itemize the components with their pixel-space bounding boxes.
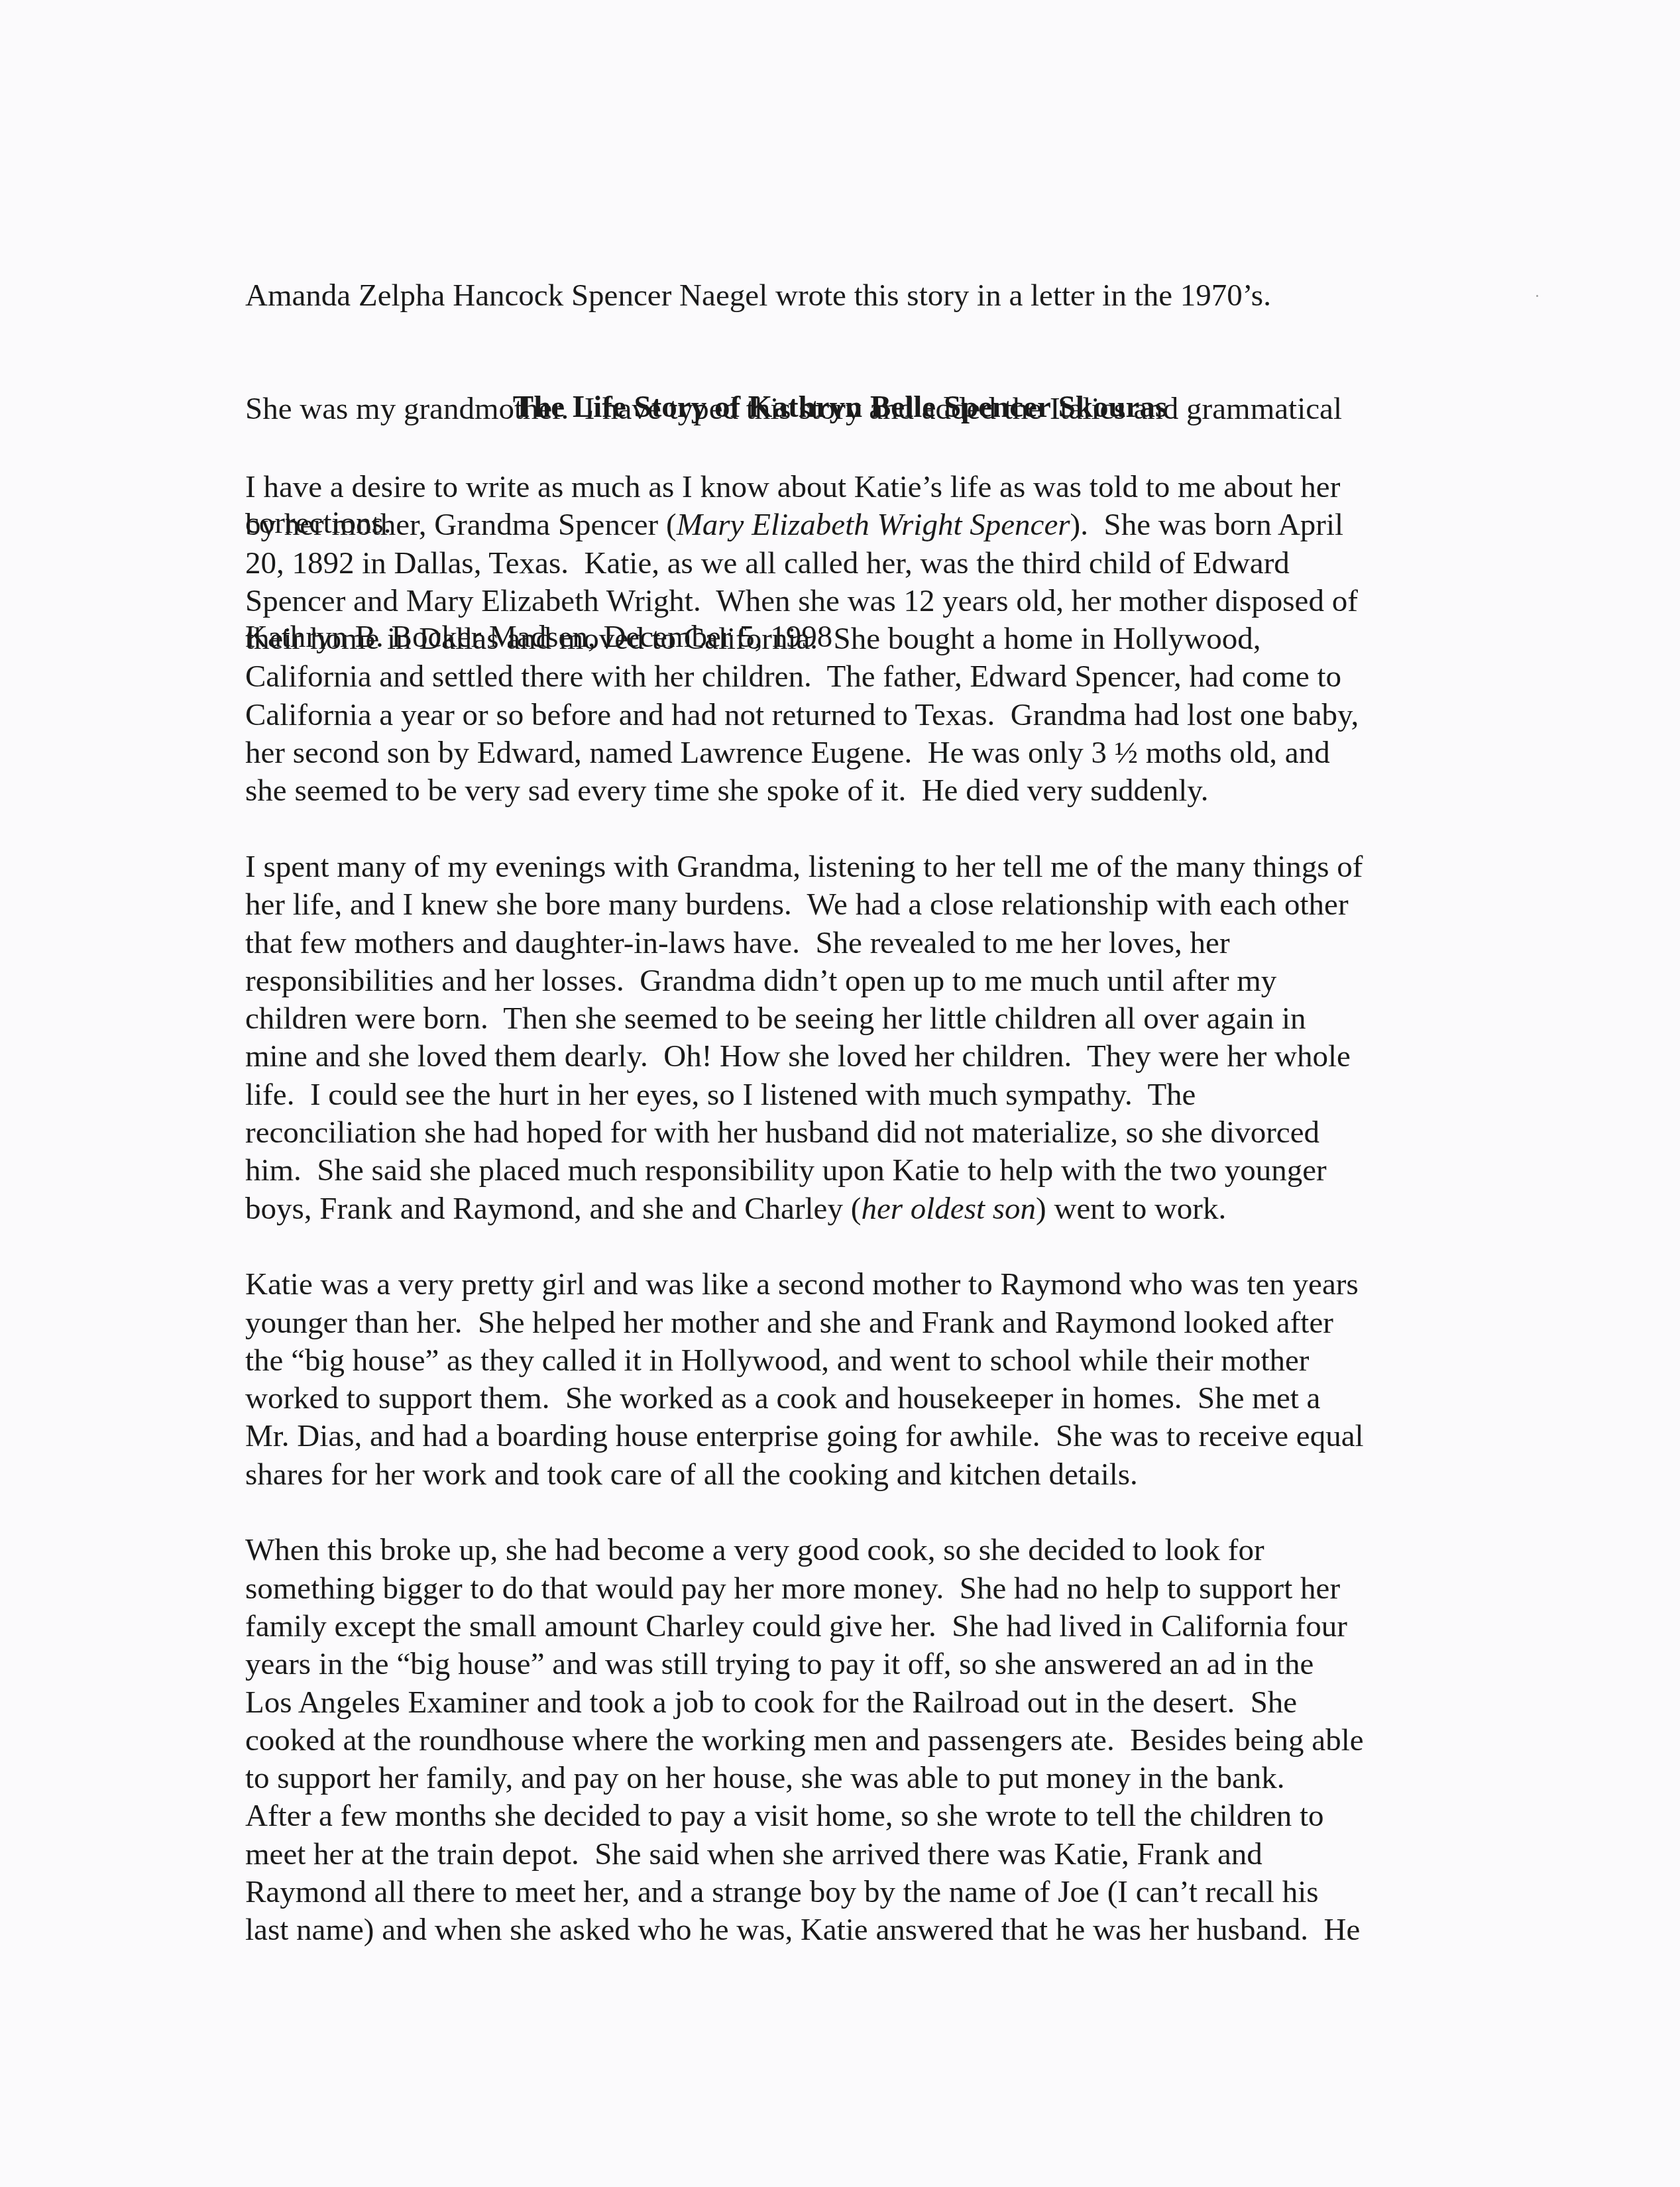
text-run: Spencer and Mary Elizabeth Wright. When …	[245, 584, 1358, 618]
text-run: family except the small amount Charley c…	[245, 1609, 1347, 1644]
paragraph-line: her life, and I knew she bore many burde…	[245, 886, 1438, 924]
paragraph-line: I have a desire to write as much as I kn…	[245, 469, 1438, 506]
text-run: ). She was born April	[1070, 508, 1344, 542]
paragraph-line: their home in Dallas and moved to Califo…	[245, 620, 1438, 658]
text-run: worked to support them. She worked as a …	[245, 1381, 1320, 1416]
paragraph-line: she seemed to be very sad every time she…	[245, 772, 1438, 810]
text-run: the “big house” as they called it in Hol…	[245, 1343, 1309, 1378]
text-run: After a few months she decided to pay a …	[245, 1799, 1324, 1833]
note-line: Amanda Zelpha Hancock Spencer Naegel wro…	[245, 277, 1438, 315]
paragraph-line: California and settled there with her ch…	[245, 658, 1438, 696]
paragraph-line: Spencer and Mary Elizabeth Wright. When …	[245, 583, 1438, 620]
paragraph-line: mine and she loved them dearly. Oh! How …	[245, 1038, 1438, 1076]
paragraph-line: something bigger to do that would pay he…	[245, 1570, 1438, 1608]
text-run: him. She said she placed much responsibi…	[245, 1153, 1327, 1188]
text-run: her life, and I knew she bore many burde…	[245, 887, 1349, 922]
paragraph-line: him. She said she placed much responsibi…	[245, 1152, 1438, 1190]
paragraph-line: After a few months she decided to pay a …	[245, 1797, 1438, 1835]
paragraph-line: Katie was a very pretty girl and was lik…	[245, 1266, 1438, 1304]
text-run: Raymond all there to meet her, and a str…	[245, 1875, 1318, 1909]
text-run: by her mother, Grandma Spencer (	[245, 508, 677, 542]
text-run: cooked at the roundhouse where the worki…	[245, 1723, 1364, 1758]
text-run: she seemed to be very sad every time she…	[245, 773, 1209, 808]
text-run: boys, Frank and Raymond, and she and Cha…	[245, 1192, 861, 1226]
text-run: Mr. Dias, and had a boarding house enter…	[245, 1419, 1364, 1453]
paragraph-line: Mr. Dias, and had a boarding house enter…	[245, 1418, 1438, 1455]
text-run: I have a desire to write as much as I kn…	[245, 470, 1340, 504]
paragraph-line: meet her at the train depot. She said wh…	[245, 1836, 1438, 1874]
text-run: life. I could see the hurt in her eyes, …	[245, 1078, 1196, 1112]
text-run: California a year or so before and had n…	[245, 698, 1359, 732]
paragraph: I spent many of my evenings with Grandma…	[245, 848, 1438, 1228]
text-run: Los Angeles Examiner and took a job to c…	[245, 1685, 1297, 1720]
story-body: I have a desire to write as much as I kn…	[245, 469, 1438, 1950]
text-run: her second son by Edward, named Lawrence…	[245, 736, 1330, 770]
text-run: shares for her work and took care of all…	[245, 1457, 1138, 1492]
paragraph-line: responsibilities and her losses. Grandma…	[245, 962, 1438, 1000]
paragraph-line: Los Angeles Examiner and took a job to c…	[245, 1684, 1438, 1722]
text-run: last name) and when she asked who he was…	[245, 1913, 1360, 1947]
document-title: The Life Story of Kathryn Belle Spencer …	[0, 388, 1680, 426]
paragraph: I have a desire to write as much as I kn…	[245, 469, 1438, 811]
text-run: Katie was a very pretty girl and was lik…	[245, 1267, 1359, 1302]
text-run: meet her at the train depot. She said wh…	[245, 1837, 1262, 1872]
text-run: something bigger to do that would pay he…	[245, 1571, 1340, 1606]
paragraph-line: last name) and when she asked who he was…	[245, 1911, 1438, 1949]
text-run: 20, 1892 in Dallas, Texas. Katie, as we …	[245, 546, 1290, 581]
italic-text: Mary Elizabeth Wright Spencer	[677, 508, 1070, 542]
text-run: reconciliation she had hoped for with he…	[245, 1115, 1319, 1150]
paragraph-line: family except the small amount Charley c…	[245, 1608, 1438, 1646]
paragraph-line: years in the “big house” and was still t…	[245, 1646, 1438, 1683]
italic-text: her oldest son	[861, 1192, 1036, 1226]
text-run: that few mothers and daughter-in-laws ha…	[245, 926, 1230, 960]
text-run: I spent many of my evenings with Grandma…	[245, 850, 1363, 884]
paragraph-line: to support her family, and pay on her ho…	[245, 1760, 1438, 1797]
paragraph-line: 20, 1892 in Dallas, Texas. Katie, as we …	[245, 545, 1438, 583]
paragraph-line: that few mothers and daughter-in-laws ha…	[245, 925, 1438, 962]
paragraph-gap	[245, 1494, 1438, 1532]
paragraph-line: I spent many of my evenings with Grandma…	[245, 848, 1438, 886]
paragraph-line: boys, Frank and Raymond, and she and Cha…	[245, 1190, 1438, 1228]
paragraph-line: California a year or so before and had n…	[245, 697, 1438, 734]
paragraph-line: worked to support them. She worked as a …	[245, 1380, 1438, 1418]
paragraph-line: her second son by Edward, named Lawrence…	[245, 734, 1438, 772]
paragraph: When this broke up, she had become a ver…	[245, 1532, 1438, 1949]
paragraph-line: When this broke up, she had become a ver…	[245, 1532, 1438, 1569]
paragraph-gap	[245, 811, 1438, 848]
paragraph-gap	[245, 1228, 1438, 1266]
text-run: mine and she loved them dearly. Oh! How …	[245, 1039, 1351, 1074]
text-run: children were born. Then she seemed to b…	[245, 1001, 1306, 1036]
text-run: When this broke up, she had become a ver…	[245, 1533, 1264, 1567]
paragraph-line: Raymond all there to meet her, and a str…	[245, 1874, 1438, 1911]
text-run: years in the “big house” and was still t…	[245, 1647, 1314, 1681]
document-page: Amanda Zelpha Hancock Spencer Naegel wro…	[0, 0, 1680, 2187]
text-run: California and settled there with her ch…	[245, 659, 1341, 694]
text-run: their home in Dallas and moved to Califo…	[245, 622, 1260, 656]
text-run: younger than her. She helped her mother …	[245, 1306, 1333, 1340]
paragraph-line: reconciliation she had hoped for with he…	[245, 1114, 1438, 1152]
paragraph-line: younger than her. She helped her mother …	[245, 1304, 1438, 1342]
paragraph-line: life. I could see the hurt in her eyes, …	[245, 1076, 1438, 1114]
text-run: to support her family, and pay on her ho…	[245, 1761, 1285, 1795]
paragraph: Katie was a very pretty girl and was lik…	[245, 1266, 1438, 1494]
paragraph-line: the “big house” as they called it in Hol…	[245, 1342, 1438, 1380]
text-run: ) went to work.	[1036, 1192, 1226, 1226]
paragraph-line: by her mother, Grandma Spencer (Mary Eli…	[245, 506, 1438, 544]
scan-speck	[1536, 295, 1538, 297]
text-run: responsibilities and her losses. Grandma…	[245, 964, 1276, 998]
paragraph-line: shares for her work and took care of all…	[245, 1456, 1438, 1494]
paragraph-line: cooked at the roundhouse where the worki…	[245, 1722, 1438, 1760]
paragraph-line: children were born. Then she seemed to b…	[245, 1000, 1438, 1038]
